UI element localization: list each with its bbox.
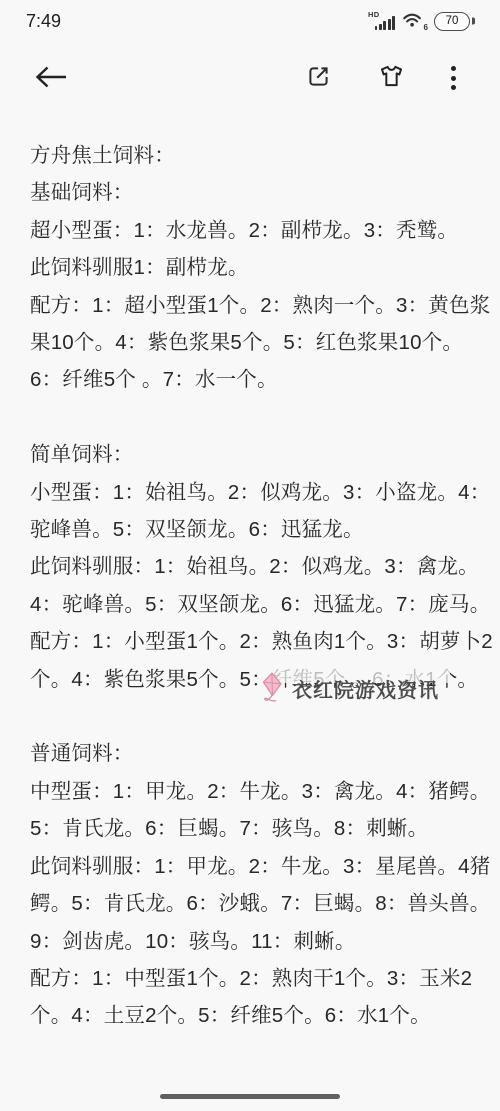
text-line: 5：肯氏龙。6：巨蝎。7：骇鸟。8：刺蜥。 [30, 810, 480, 847]
more-button[interactable] [451, 55, 456, 101]
text-line: 超小型蛋：1：水龙兽。2：副栉龙。3：秃鹫。 [30, 212, 480, 249]
toolbar [0, 55, 500, 101]
status-icons: HD 6 70 [368, 10, 470, 32]
text-line: 鳄。5：肯氏龙。6：沙蛾。7：巨蝎。8：兽头兽。 [30, 885, 480, 922]
text-line: 个。4：土豆2个。5：纤维5个。6：水1个。 [30, 997, 480, 1034]
share-icon [305, 63, 332, 93]
text-line: 驼峰兽。5：双坚颌龙。6：迅猛龙。 [30, 511, 480, 548]
status-bar: 7:49 HD 6 70 [0, 0, 500, 38]
home-indicator[interactable] [160, 1094, 340, 1099]
text-line: 此饲料驯服：1：始祖鸟。2：似鸡龙。3：禽龙。 [30, 548, 480, 585]
text-line: 个。4：紫色浆果5个。5：纤维5个 。6：水1个。 [30, 661, 480, 698]
text-line: 配方：1：中型蛋1个。2：熟肉干1个。3：玉米2 [30, 960, 480, 997]
theme-skin-button[interactable] [377, 55, 406, 101]
text-line: 简单饲料： [30, 436, 480, 473]
text-line: 4：驼峰兽。5：双坚颌龙。6：迅猛龙。7：庞马。 [30, 586, 480, 623]
text-line: 果10个。4：紫色浆果5个。5：红色浆果10个。 [30, 324, 480, 361]
back-button[interactable] [31, 55, 71, 101]
phone-screen: 7:49 HD 6 70 [0, 0, 500, 1111]
text-line: 配方：1：超小型蛋1个。2：熟肉一个。3：黄色浆 [30, 287, 480, 324]
more-vertical-icon [451, 66, 456, 90]
clock: 7:49 [26, 11, 61, 32]
signal-bars-icon: HD [368, 10, 395, 32]
battery-percent: 70 [446, 15, 459, 27]
wifi-icon: 6 [402, 10, 427, 32]
battery-icon: 70 [434, 12, 470, 31]
text-line: 此饲料驯服：1：甲龙。2：牛龙。3：星尾兽。4猪 [30, 848, 480, 885]
text-line: 小型蛋：1：始祖鸟。2：似鸡龙。3：小盗龙。4： [30, 474, 480, 511]
text-line: 6：纤维5个 。7：水一个。 [30, 361, 480, 398]
text-line: 方舟焦土饲料： [30, 137, 480, 174]
text-line: 中型蛋：1：甲龙。2：牛龙。3：禽龙。4：猪鳄。 [30, 773, 480, 810]
wifi6-badge: 6 [424, 23, 428, 32]
text-line [30, 698, 480, 735]
share-button[interactable] [305, 55, 332, 101]
signal-bars [375, 16, 395, 30]
toolbar-right-group [305, 55, 456, 101]
text-line: 9：剑齿虎。10：骇鸟。11：刺蜥。 [30, 923, 480, 960]
text-line: 基础饲料： [30, 174, 480, 211]
back-arrow-icon [33, 64, 69, 93]
text-line: 配方：1：小型蛋1个。2：熟鱼肉1个。3：胡萝卜2 [30, 623, 480, 660]
text-line [30, 399, 480, 436]
text-line: 此饲料驯服1：副栉龙。 [30, 249, 480, 286]
shirt-icon [377, 62, 406, 94]
article-body: 方舟焦土饲料： 基础饲料： 超小型蛋：1：水龙兽。2：副栉龙。3：秃鹫。 此饲料… [30, 137, 480, 1035]
text-line: 普通饲料： [30, 735, 480, 772]
